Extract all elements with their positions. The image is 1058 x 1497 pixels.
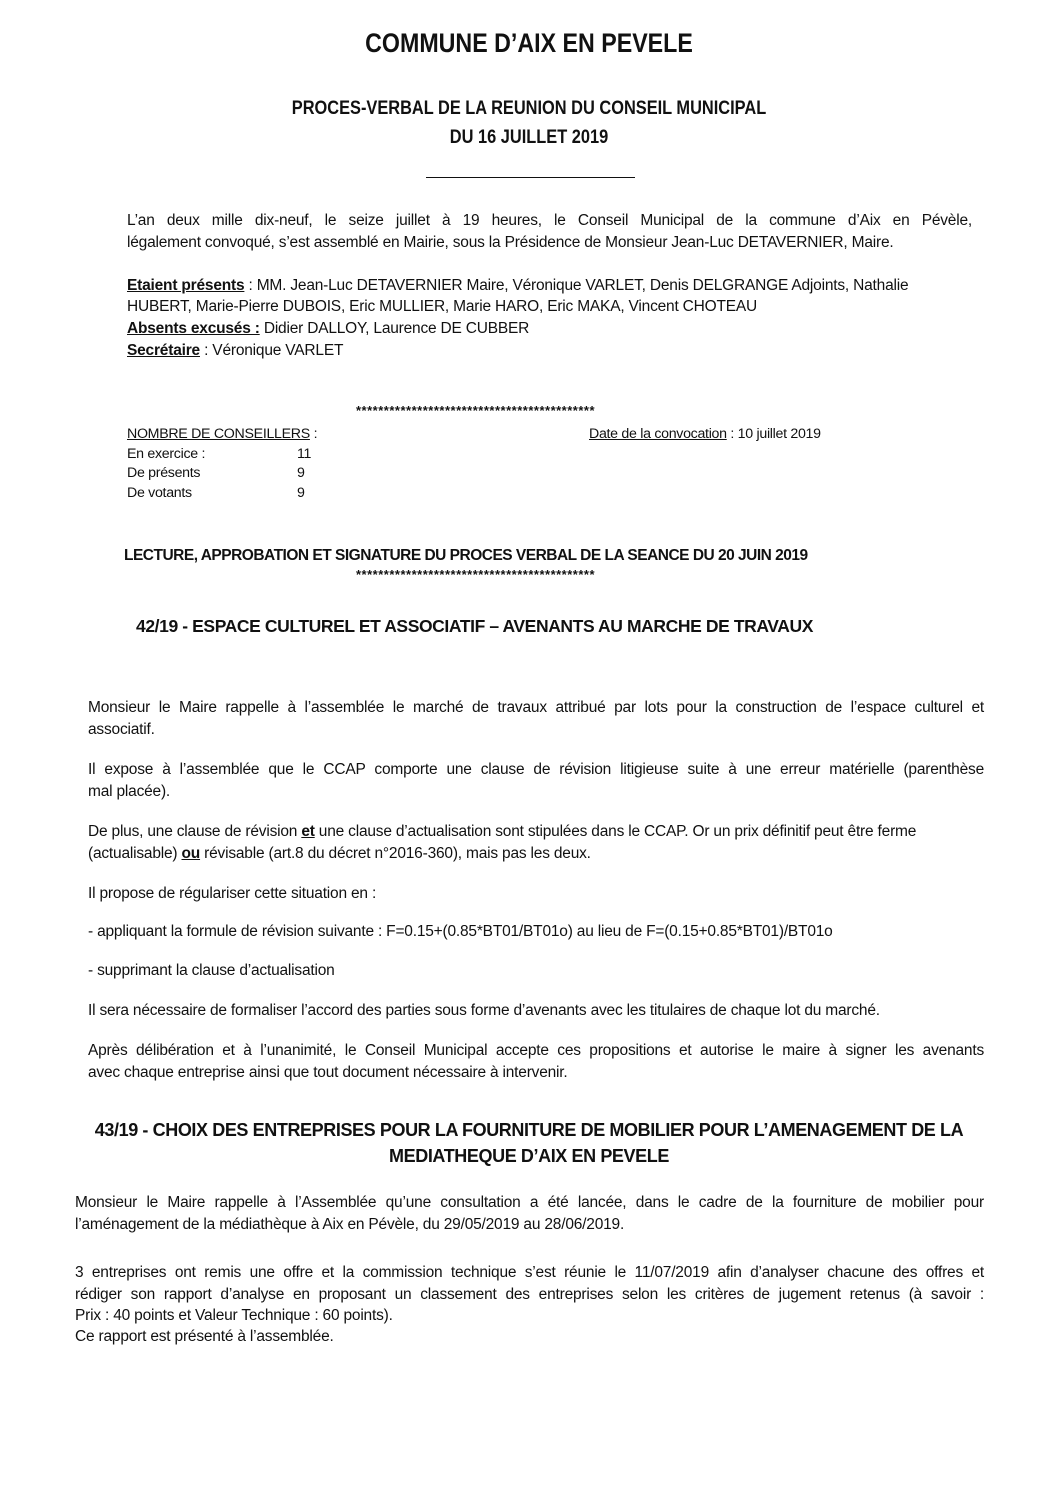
s42-p3-line2: (actualisable) ou révisable (art.8 du dé… xyxy=(88,843,591,864)
secretary-name: : Véronique VARLET xyxy=(200,342,343,359)
pv-title-line2: DU 16 JUILLET 2019 xyxy=(85,126,974,149)
intro-line2: légalement convoqué, s’est assemblé en M… xyxy=(127,232,894,253)
s42-p2-line1: Il expose à l’assemblée que le CCAP comp… xyxy=(88,759,984,780)
count-label-exercice: En exercice : xyxy=(127,446,205,462)
s43-p2-line3: Prix : 40 points et Valeur Technique : 6… xyxy=(75,1305,393,1326)
present-line2: HUBERT, Marie-Pierre DUBOIS, Eric MULLIE… xyxy=(127,296,757,317)
s42-p1-line2: associatif. xyxy=(88,719,155,740)
s43-p2-line1: 3 entreprises ont remis une offre et la … xyxy=(75,1262,984,1283)
count-value-presents: 9 xyxy=(297,465,305,481)
s42-p2-line2: mal placée). xyxy=(88,781,170,802)
convocation-label: Date de la convocation xyxy=(589,426,727,442)
convocation-date: Date de la convocation : 10 juillet 2019 xyxy=(589,426,821,442)
counts-heading-label: NOMBRE DE CONSEILLERS xyxy=(127,426,310,442)
s42-p6-line2: avec chaque entreprise ainsi que tout do… xyxy=(88,1062,568,1083)
approval-title: LECTURE, APPROBATION ET SIGNATURE DU PRO… xyxy=(124,547,808,565)
count-label-votants: De votants xyxy=(127,485,192,501)
title-divider xyxy=(426,177,635,178)
convocation-value: : 10 juillet 2019 xyxy=(727,426,821,442)
emphasis-et: et xyxy=(301,823,314,840)
s43-p2-line4: Ce rapport est présenté à l’assemblée. xyxy=(75,1326,334,1347)
s43-p1-line2: l’aménagement de la médiathèque à Aix en… xyxy=(75,1214,624,1235)
s42-p4: Il propose de régulariser cette situatio… xyxy=(88,883,376,904)
pv-title-line1: PROCES-VERBAL DE LA REUNION DU CONSEIL M… xyxy=(85,97,974,120)
approval-separator: ****************************************… xyxy=(356,567,595,582)
s43-p1-line1: Monsieur le Maire rappelle à l’Assemblée… xyxy=(75,1192,984,1213)
count-label-presents: De présents xyxy=(127,465,200,481)
section-43-title-line2: MEDIATHEQUE D’AIX EN PEVELE xyxy=(0,1146,1058,1167)
present-line1: Etaient présents : MM. Jean-Luc DETAVERN… xyxy=(127,275,972,296)
count-value-exercice: 11 xyxy=(297,446,311,462)
secretary-line: Secrétaire : Véronique VARLET xyxy=(127,340,343,361)
intro-line1: L’an deux mille dix-neuf, le seize juill… xyxy=(127,210,972,231)
section-43-title-line1: 43/19 - CHOIX DES ENTREPRISES POUR LA FO… xyxy=(0,1120,1058,1141)
present-label: Etaient présents xyxy=(127,277,244,294)
s42-p3-line1: De plus, une clause de révision et une c… xyxy=(88,821,916,842)
section-42-title: 42/19 - ESPACE CULTUREL ET ASSOCIATIF – … xyxy=(136,616,813,637)
s43-p2-line2: rédiger son rapport d’analyse en proposa… xyxy=(75,1284,984,1305)
absent-line: Absents excusés : Didier DALLOY, Laurenc… xyxy=(127,318,529,339)
s42-p5: Il sera nécessaire de formaliser l’accor… xyxy=(88,1000,880,1021)
absent-label: Absents excusés : xyxy=(127,320,260,337)
commune-title: COMMUNE D’AIX EN PEVELE xyxy=(74,28,984,59)
count-value-votants: 9 xyxy=(297,485,305,501)
absent-list: Didier DALLOY, Laurence DE CUBBER xyxy=(260,320,529,337)
emphasis-ou: ou xyxy=(182,845,201,862)
s42-p6-line1: Après délibération et à l’unanimité, le … xyxy=(88,1040,984,1061)
s42-bullet-actualisation: - supprimant la clause d’actualisation xyxy=(88,960,335,981)
separator-stars: ****************************************… xyxy=(356,403,595,418)
counts-heading: NOMBRE DE CONSEILLERS : xyxy=(127,426,317,442)
present-list: : MM. Jean-Luc DETAVERNIER Maire, Véroni… xyxy=(244,277,908,294)
document-page: COMMUNE D’AIX EN PEVELE PROCES-VERBAL DE… xyxy=(0,0,1058,1497)
s42-bullet-formula: - appliquant la formule de révision suiv… xyxy=(88,921,833,942)
secretary-label: Secrétaire xyxy=(127,342,200,359)
s42-p1-line1: Monsieur le Maire rappelle à l’assemblée… xyxy=(88,697,984,718)
